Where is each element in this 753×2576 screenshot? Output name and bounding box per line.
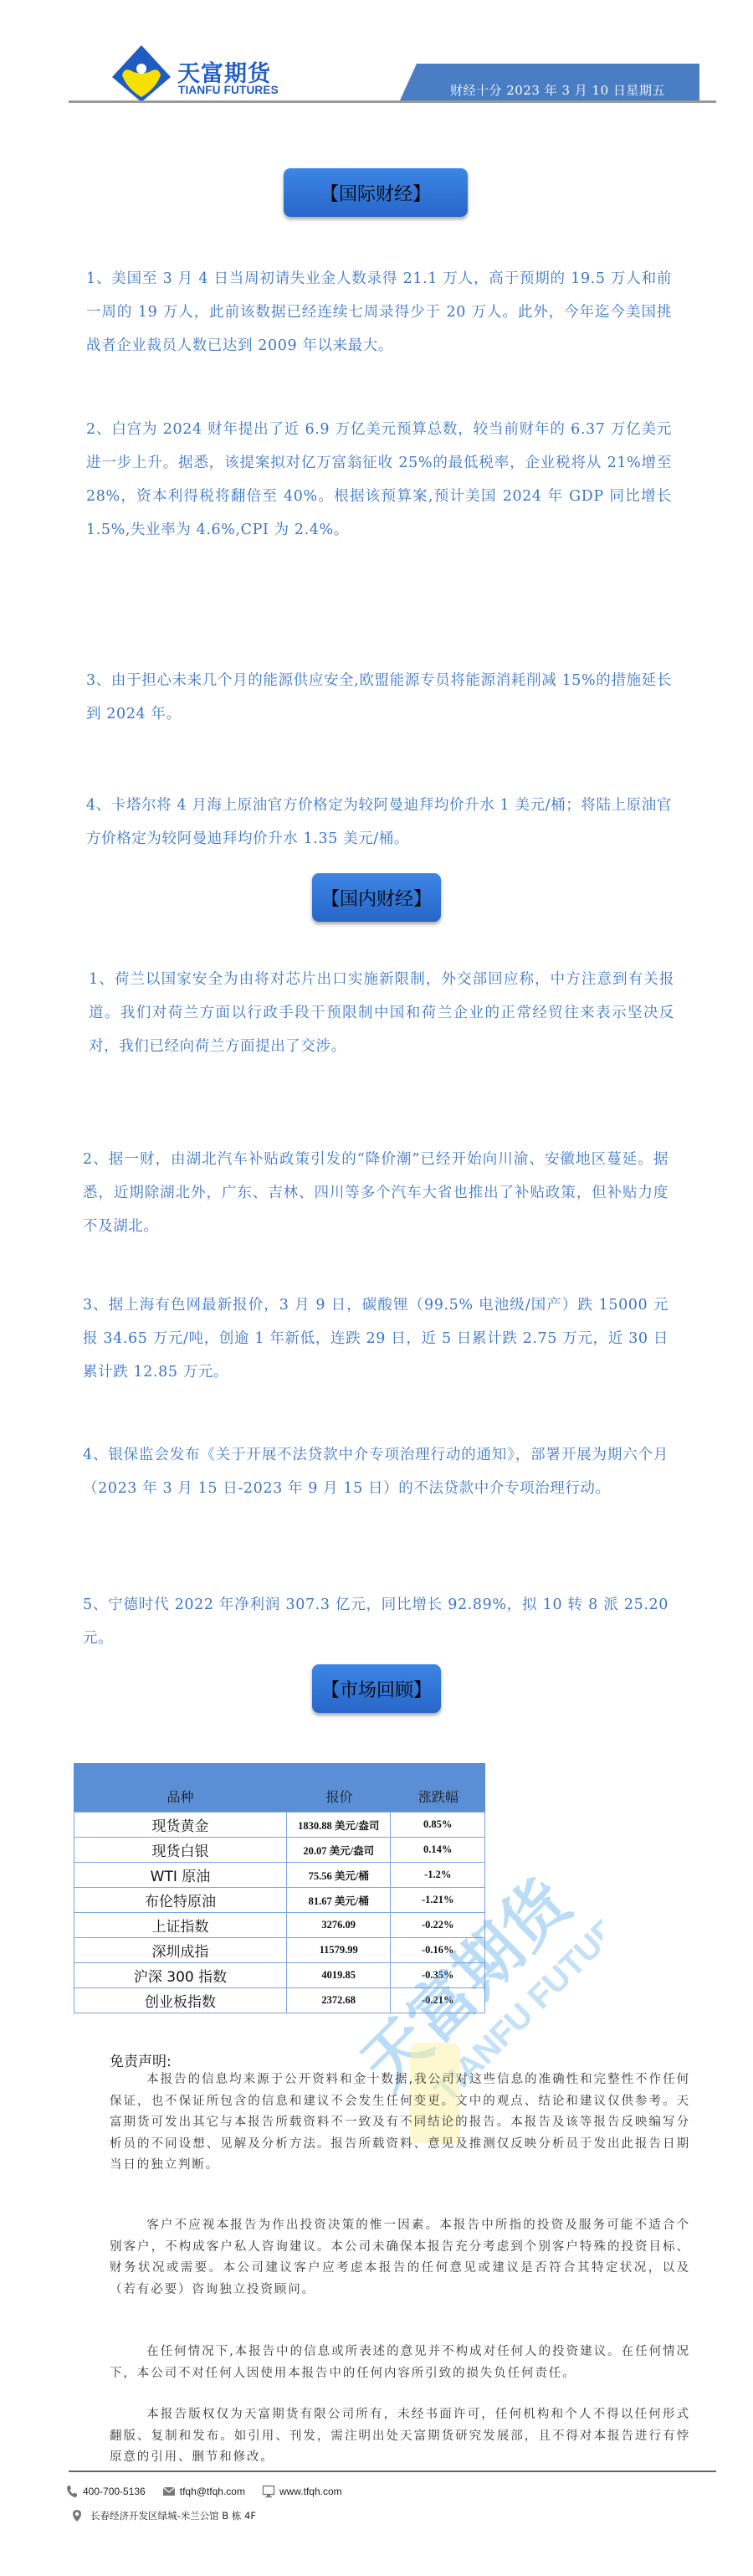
- cell-change: -0.22%: [391, 1913, 484, 1937]
- cell-variety: 上证指数: [74, 1913, 287, 1937]
- monitor-icon: [262, 2485, 275, 2498]
- contact-address: 长春经济开发区绿城-米兰公馆 B 栋 4F: [70, 2509, 256, 2522]
- table-row: 创业板指数 2372.68 -0.21%: [74, 1988, 485, 2013]
- phone-number: 400-700-5136: [83, 2486, 146, 2497]
- footer-divider: [69, 2471, 716, 2472]
- news-item: 4、银保监会发布《关于开展不法贷款中介专项治理行动的通知》，部署开展为期六个月（…: [83, 1438, 668, 1505]
- cell-change: -1.2%: [391, 1863, 484, 1887]
- section-title-market: 【市场回顾】: [312, 1664, 441, 1713]
- news-item: 1、荷兰以国家安全为由将对芯片出口实施新限制，外交部回应称，中方注意到有关报道。…: [89, 963, 674, 1063]
- disclaimer-text: 客户不应视本报告为作出投资决策的惟一因素。本报告中所指的投资及服务可能不适合个别…: [110, 2219, 690, 2296]
- cell-price: 1830.88 美元/盎司: [287, 1812, 392, 1837]
- tianfu-logo-icon: [112, 45, 171, 102]
- table-row: 布伦特原油 81.67 美元/桶 -1.21%: [74, 1888, 485, 1913]
- cell-price: 11579.99: [287, 1938, 392, 1962]
- phone-icon: [65, 2485, 79, 2498]
- cell-change: -0.21%: [391, 1988, 484, 2013]
- brand-name-en: TIANFU FUTURES: [178, 84, 279, 96]
- report-date: 财经十分 2023 年 3 月 10 日星期五: [450, 81, 665, 99]
- disclaimer-title: 免责声明:: [110, 2049, 172, 2070]
- disclaimer-paragraph: 客户不应视本报告为作出投资决策的惟一因素。本报告中所指的投资及服务可能不适合个别…: [110, 2215, 690, 2301]
- report-header: 天富期货 TIANFU FUTURES 财经十分 2023 年 3 月 10 日…: [0, 0, 753, 105]
- cell-change: 0.85%: [391, 1812, 484, 1837]
- news-item: 2、据一财，由湖北汽车补贴政策引发的“降价潮”已经开始向川渝、安徽地区蔓延。据悉…: [83, 1143, 668, 1243]
- cell-price: 81.67 美元/桶: [287, 1888, 392, 1912]
- header-cell-variety: 品种: [74, 1787, 287, 1812]
- cell-variety: 沪深 300 指数: [74, 1963, 287, 1987]
- cell-variety: 现货白银: [74, 1838, 287, 1862]
- contact-email[interactable]: tfqh@tfqh.com: [162, 2485, 245, 2498]
- cell-price: 75.56 美元/桶: [287, 1863, 392, 1887]
- cell-change: -1.21%: [391, 1888, 484, 1912]
- cell-price: 20.07 美元/盎司: [287, 1838, 392, 1862]
- website-link[interactable]: www.tfqh.com: [279, 2486, 342, 2497]
- section-title-domestic: 【国内财经】: [312, 873, 441, 922]
- news-item: 5、宁德时代 2022 年净利润 307.3 亿元，同比增长 92.89%，拟 …: [83, 1588, 668, 1655]
- address-text: 长春经济开发区绿城-米兰公馆 B 栋 4F: [90, 2509, 256, 2522]
- table-row: 现货黄金 1830.88 美元/盎司 0.85%: [74, 1812, 485, 1838]
- disclaimer-paragraph: 本报告版权仅为天富期货有限公司所有，未经书面许可，任何机构和个人不得以任何形式翻…: [110, 2404, 690, 2469]
- news-item: 2、白宫为 2024 财年提出了近 6.9 万亿美元预算总数，较当前财年的 6.…: [86, 413, 672, 547]
- cell-price: 3276.09: [287, 1913, 392, 1937]
- cell-variety: WTI 原油: [74, 1863, 287, 1887]
- cell-variety: 创业板指数: [74, 1988, 287, 2013]
- mail-icon: [162, 2485, 176, 2498]
- cell-change: -0.35%: [391, 1963, 484, 1987]
- cell-variety: 深圳成指: [74, 1938, 287, 1962]
- disclaimer-text: 本报告的信息均来源于公开资料和金十数据,我公司对这些信息的准确性和完整性不作任何…: [110, 2073, 690, 2172]
- news-item: 4、卡塔尔将 4 月海上原油官方价格定为较阿曼迪拜均价升水 1 美元/桶；将陆上…: [86, 789, 672, 856]
- table-row: WTI 原油 75.56 美元/桶 -1.2%: [74, 1863, 485, 1888]
- header-cell-price: 报价: [287, 1787, 392, 1812]
- contact-website[interactable]: www.tfqh.com: [262, 2485, 342, 2498]
- contact-phone: 400-700-5136: [65, 2485, 146, 2498]
- disclaimer-paragraph: 本报告的信息均来源于公开资料和金十数据,我公司对这些信息的准确性和完整性不作任何…: [110, 2070, 690, 2177]
- table-row: 深圳成指 11579.99 -0.16%: [74, 1938, 485, 1963]
- location-pin-icon: [70, 2509, 84, 2522]
- cell-variety: 布伦特原油: [74, 1888, 287, 1912]
- market-table: 品种 报价 涨跌幅 现货黄金 1830.88 美元/盎司 0.85% 现货白银 …: [74, 1763, 485, 2013]
- header-divider: [69, 100, 716, 103]
- disclaimer-text: 在任何情况下,本报告中的信息或所表述的意见并不构成对任何人的投资建议。在任何情况…: [110, 2345, 690, 2380]
- table-row: 沪深 300 指数 4019.85 -0.35%: [74, 1963, 485, 1988]
- header-cell-change: 涨跌幅: [392, 1787, 485, 1812]
- email-link[interactable]: tfqh@tfqh.com: [180, 2486, 245, 2497]
- table-row: 上证指数 3276.09 -0.22%: [74, 1913, 485, 1938]
- cell-change: 0.14%: [391, 1838, 484, 1862]
- disclaimer-paragraph: 在任何情况下,本报告中的信息或所表述的意见并不构成对任何人的投资建议。在任何情况…: [110, 2342, 690, 2384]
- table-header: 品种 报价 涨跌幅: [74, 1763, 485, 1812]
- table-row: 现货白银 20.07 美元/盎司 0.14%: [74, 1838, 485, 1863]
- section-title-international: 【国际财经】: [284, 168, 468, 217]
- cell-variety: 现货黄金: [74, 1812, 287, 1837]
- disclaimer-text: 本报告版权仅为天富期货有限公司所有，未经书面许可，任何机构和个人不得以任何形式翻…: [110, 2408, 690, 2464]
- news-item: 1、美国至 3 月 4 日当周初请失业金人数录得 21.1 万人，高于预期的 1…: [86, 262, 672, 362]
- news-item: 3、据上海有色网最新报价，3 月 9 日，碳酸锂（99.5% 电池级/国产）跌 …: [83, 1288, 668, 1389]
- news-item: 3、由于担心未来几个月的能源供应安全,欧盟能源专员将能源消耗削减 15%的措施延…: [86, 664, 672, 731]
- cell-price: 2372.68: [287, 1988, 392, 2013]
- cell-change: -0.16%: [391, 1938, 484, 1962]
- contact-info: 400-700-5136 tfqh@tfqh.com www.tfqh.com: [65, 2485, 354, 2498]
- cell-price: 4019.85: [287, 1963, 392, 1987]
